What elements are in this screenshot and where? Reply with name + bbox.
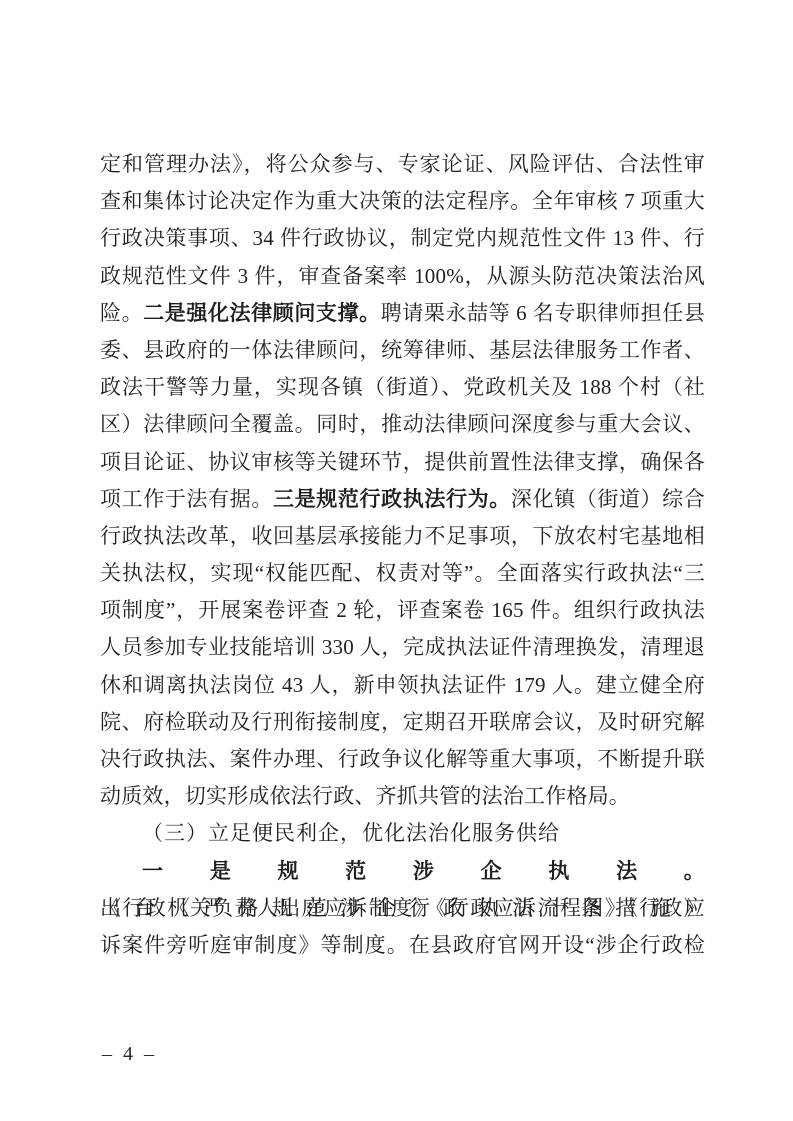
text-run: 关执法权，实现“权能匹配、权责对等”。全面落实行政执法“三 [100,561,705,585]
text-run: 区）法律顾问全覆盖。同时，推动法律顾问深度参与重大会议、 [100,412,705,436]
text-line: 诉案件旁听庭审制度》等制度。在县政府官网开设“涉企行政检 [100,927,705,964]
text-line: 项制度”，开展案卷评查 2 轮，评查案卷 165 件。组织行政执法 [100,592,705,629]
text-run: 政规范性文件 3 件，审查备案率 100%，从源头防范决策法治风 [100,264,705,288]
text-line: 行政决策事项、34 件行政协议，制定党内规范性文件 13 件、行 [100,220,705,257]
text-line: 查和集体讨论决定作为重大决策的法定程序。全年审核 7 项重大 [100,183,705,220]
text-line: 政法干警等力量，实现各镇（街道）、党政机关及 188 个村（社 [100,369,705,406]
text-run: 动质效，切实形成依法行政、齐抓共管的法治工作格局。 [100,784,630,808]
text-line: 人员参加专业技能培训 330 人，完成执法证件清理换发，清理退 [100,629,705,666]
text-line: 动质效，切实形成依法行政、齐抓共管的法治工作格局。 [100,778,705,815]
text-run: 政法干警等力量，实现各镇（街道）、党政机关及 188 个村（社 [100,375,705,399]
text-line: 决行政执法、案件办理、行政争议化解等重大事项，不断提升联 [100,741,705,778]
text-run: 项目论证、协议审核等关键环节，提供前置性法律支撑，确保各 [100,450,705,474]
text-run: 委、县政府的一体法律顾问，统筹律师、基层法律服务工作者、 [100,338,705,362]
text-line: 政规范性文件 3 件，审查备案率 100%，从源头防范决策法治风 [100,258,705,295]
text-line: 区）法律顾问全覆盖。同时，推动法律顾问深度参与重大会议、 [100,406,705,443]
text-run: 项工作于法有据。 [100,487,273,511]
text-line: 休和调离执法岗位 43 人，新申领执法证件 179 人。建立健全府 [100,667,705,704]
text-line: 一是规范涉企执法。出台《严格规范涉企行政执法十条措施》 [100,853,705,890]
text-line: 项目论证、协议审核等关键环节，提供前置性法律支撑，确保各 [100,444,705,481]
text-run: 院、府检联动及行刑衔接制度，定期召开联席会议，及时研究解 [100,710,705,734]
page-number: – 4 – [102,1042,157,1066]
text-run: 诉案件旁听庭审制度》等制度。在县政府官网开设“涉企行政检 [100,933,705,957]
text-run: 聘请栗永喆等 6 名专职律师担任县 [381,301,705,325]
text-line: 关执法权，实现“权能匹配、权责对等”。全面落实行政执法“三 [100,555,705,592]
text-run: 行政决策事项、34 件行政协议，制定党内规范性文件 13 件、行 [100,226,705,250]
document-body: 定和管理办法》，将公众参与、专家论证、风险评估、合法性审 查和集体讨论决定作为重… [100,146,705,964]
text-run: 人员参加专业技能培训 330 人，完成执法证件清理换发，清理退 [100,635,705,659]
text-run-emphasis: 一是规范涉企执法。 [142,860,705,883]
document-page: 定和管理办法》，将公众参与、专家论证、风险评估、合法性审 查和集体讨论决定作为重… [0,0,793,1121]
section-heading-run: （三）立足便民利企，优化法治化服务供给 [142,821,560,845]
text-line: 险。二是强化法律顾问支撑。聘请栗永喆等 6 名专职律师担任县 [100,295,705,332]
text-run-emphasis: 二是强化法律顾问支撑。 [143,302,381,325]
text-line: 定和管理办法》，将公众参与、专家论证、风险评估、合法性审 [100,146,705,183]
text-run: 深化镇（街道）综合 [511,487,705,511]
section-heading: （三）立足便民利企，优化法治化服务供给 [100,815,705,852]
text-run-emphasis: 三是规范行政执法行为。 [273,488,511,511]
text-run: 休和调离执法岗位 43 人，新申领执法证件 179 人。建立健全府 [100,673,705,697]
text-run: 决行政执法、案件办理、行政争议化解等重大事项，不断提升联 [100,747,705,771]
text-run: 项制度”，开展案卷评查 2 轮，评查案卷 165 件。组织行政执法 [100,598,705,622]
text-run: 定和管理办法》，将公众参与、专家论证、风险评估、合法性审 [100,152,705,176]
text-run: 查和集体讨论决定作为重大决策的法定程序。全年审核 7 项重大 [100,189,705,213]
text-run: 《行政机关负责人出庭应诉制度》《行政应诉流程图》《行政应 [100,896,705,920]
text-line: 行政执法改革，收回基层承接能力不足事项，下放农村宅基地相 [100,518,705,555]
text-run: 行政执法改革，收回基层承接能力不足事项，下放农村宅基地相 [100,524,705,548]
text-run: 险。 [100,301,143,325]
text-line: 院、府检联动及行刑衔接制度，定期召开联席会议，及时研究解 [100,704,705,741]
text-line: 《行政机关负责人出庭应诉制度》《行政应诉流程图》《行政应 [100,890,705,927]
text-line: 项工作于法有据。三是规范行政执法行为。深化镇（街道）综合 [100,481,705,518]
text-line: 委、县政府的一体法律顾问，统筹律师、基层法律服务工作者、 [100,332,705,369]
